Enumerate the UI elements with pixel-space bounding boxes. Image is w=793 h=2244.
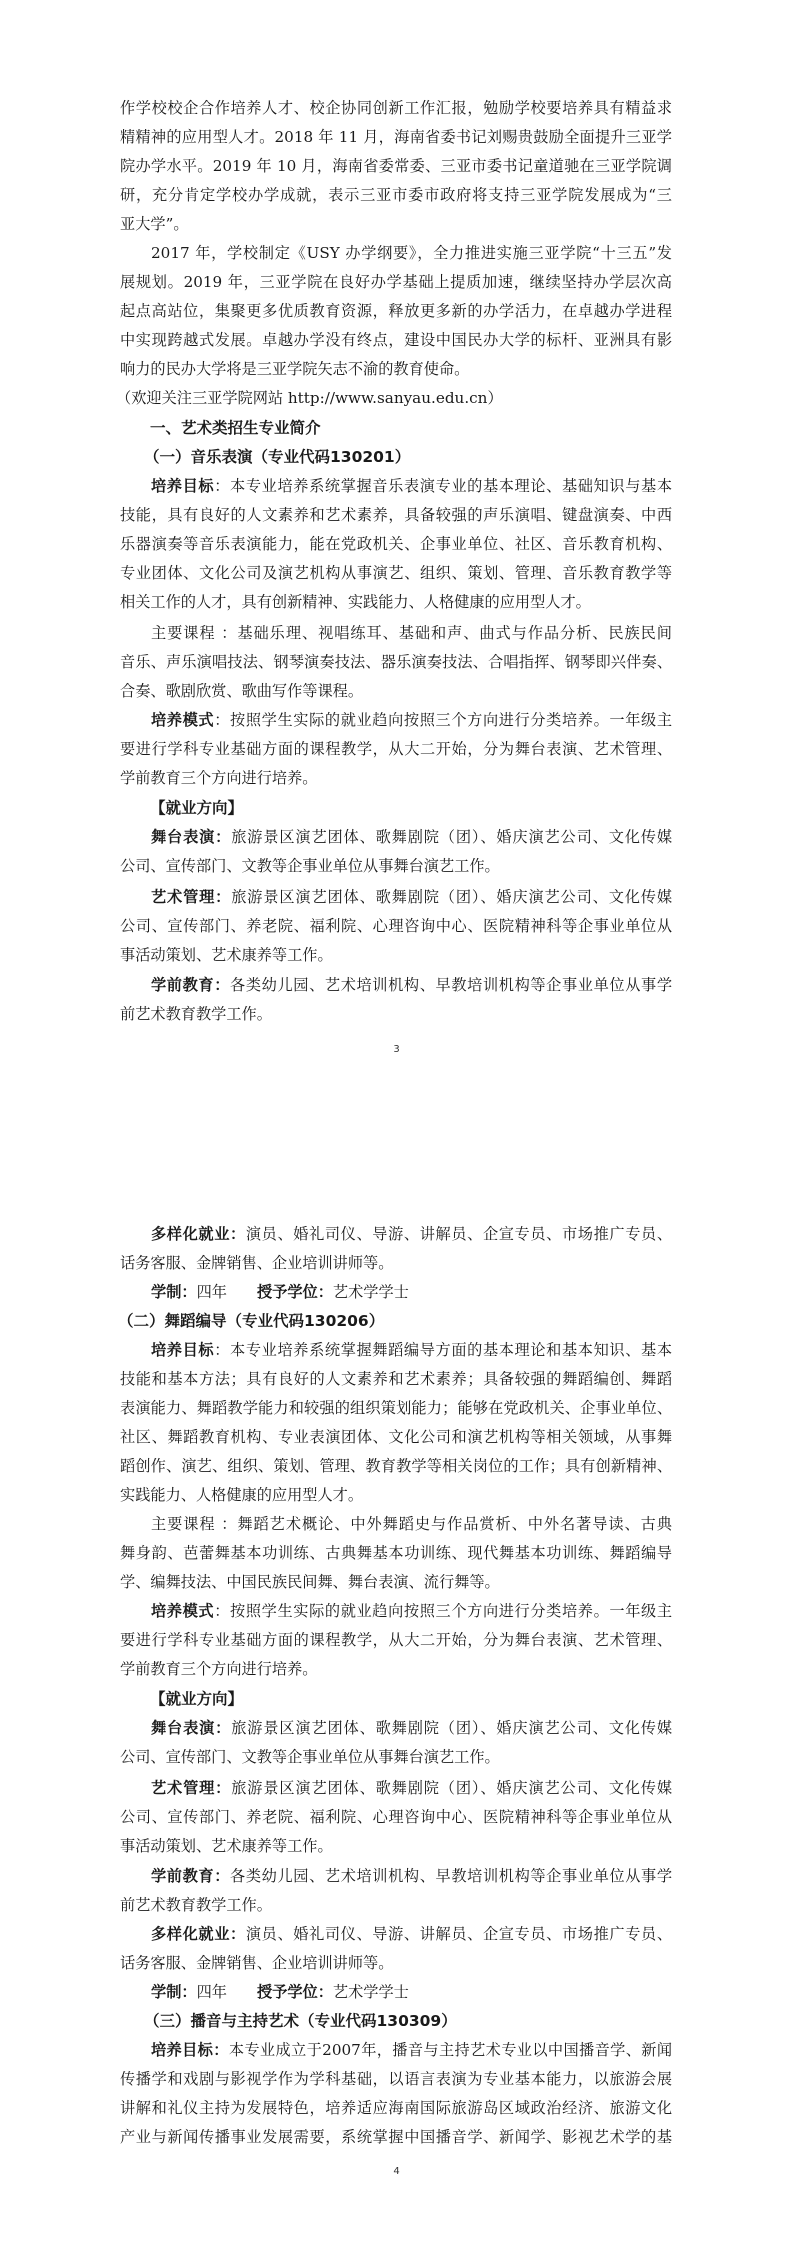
body-text-line: 公司、宣传部门、养老院、福利院、心理咨询中心、医院精神科等企事业单位从 xyxy=(120,916,672,936)
mode-line: 培养模式：按照学生实际的就业趋向按照三个方向进行分类培养。一年级主 xyxy=(151,710,672,730)
section-heading: 一、艺术类招生专业简介 xyxy=(150,418,702,438)
body-text-line: 技能，具有良好的人文素养和艺术素养，具备较强的声乐演唱、键盘演奏、中西 xyxy=(120,505,672,525)
body-text-line: 起点高站位，集聚更多优质教育资源，释放更多新的办学活力，在卓越办学进程 xyxy=(120,301,672,321)
mode-line: 培养模式：按照学生实际的就业趋向按照三个方向进行分类培养。一年级主 xyxy=(151,1601,672,1621)
body-text-line: 前艺术教育教学工作。 xyxy=(120,1895,672,1915)
body-text-line: 中实现跨越式发展。卓越办学没有终点，建设中国民办大学的标杆、亚洲具有影 xyxy=(120,330,672,350)
stage-line: 舞台表演：旅游景区演艺团体、歌舞剧院（团）、婚庆演艺公司、文化传媒 xyxy=(151,827,672,847)
body-text-line: 合奏、歌剧欣赏、歌曲写作等课程。 xyxy=(120,681,672,701)
body-text-line: 社区、舞蹈教育机构、专业表演团体、文化公司和演艺机构等相关领域，从事舞 xyxy=(120,1427,672,1447)
goal-line: 培养目标：本专业培养系统掌握音乐表演专业的基本理论、基础知识与基本 xyxy=(151,476,672,496)
body-text-line: 舞身韵、芭蕾舞基本功训练、古典舞基本功训练、现代舞基本功训练、舞蹈编导 xyxy=(120,1543,672,1563)
body-text-line: 实践能力、人格健康的应用型人才。 xyxy=(120,1485,672,1505)
body-text-line: 事活动策划、艺术康养等工作。 xyxy=(120,945,672,965)
major-heading-music-performance: （一）音乐表演（专业代码130201） xyxy=(144,447,696,467)
major-heading-dance-choreography: （二）舞蹈编导（专业代码130206） xyxy=(118,1311,670,1331)
body-text-line: 研，充分肯定学校办学成就，表示三亚市委市政府将支持三亚学院发展成为“三 xyxy=(120,185,672,205)
body-text-line: 讲解和礼仪主持为发展特色，培养适应海南国际旅游岛区域政治经济、旅游文化 xyxy=(120,2098,672,2118)
preschool-line: 学前教育：各类幼儿园、艺术培训机构、早教培训机构等企事业单位从事学 xyxy=(151,1866,672,1886)
body-text-line: 公司、宣传部门、养老院、福利院、心理咨询中心、医院精神科等企事业单位从 xyxy=(120,1807,672,1827)
mode-label: 培养模式 xyxy=(151,711,214,729)
mgmt-line: 艺术管理：旅游景区演艺团体、歌舞剧院（团）、婚庆演艺公司、文化传媒 xyxy=(151,887,672,907)
body-text-line: 学前教育三个方向进行培养。 xyxy=(120,768,672,788)
body-text-line: 2017 年，学校制定《USY 办学纲要》，全力推进实施三亚学院“十三五”发 xyxy=(151,243,672,263)
career-heading: 【就业方向】 xyxy=(150,798,702,818)
body-text-line: 事活动策划、艺术康养等工作。 xyxy=(120,1836,672,1856)
body-text-line: 话务客服、金牌销售、企业培训讲师等。 xyxy=(120,1253,672,1273)
body-text-line: 表演能力、舞蹈教学能力和较强的组织策划能力；能够在党政机关、企事业单位、 xyxy=(120,1398,672,1418)
body-text-line: 相关工作的人才，具有创新精神、实践能力、人格健康的应用型人才。 xyxy=(120,592,672,612)
courses-line: 主要课程 ：舞蹈艺术概论、中外舞蹈史与作品赏析、中外名著导读、古典 xyxy=(151,1514,672,1534)
goal-line: 培养目标：本专业成立于2007年，播音与主持艺术专业以中国播音学、新闻 xyxy=(151,2040,672,2060)
body-text-line: 展规划。2019 年，三亚学院在良好办学基础上提质加速，继续坚持办学层次高 xyxy=(120,272,672,292)
goal-label: 培养目标 xyxy=(151,477,214,495)
body-text-line: 音乐、声乐演唱技法、钢琴演奏技法、器乐演奏技法、合唱指挥、钢琴即兴伴奏、 xyxy=(120,652,672,672)
body-text-line: 响力的民办大学将是三亚学院矢志不渝的教育使命。 xyxy=(120,359,672,379)
body-text-line: 乐器演奏等音乐表演能力，能在党政机关、企事业单位、社区、音乐教育机构、 xyxy=(120,534,672,554)
goal-line: 培养目标：本专业培养系统掌握舞蹈编导方面的基本理论和基本知识、基本 xyxy=(151,1340,672,1360)
body-text-line: 技能和基本方法；具有良好的人文素养和艺术素养；具备较强的舞蹈编创、舞蹈 xyxy=(120,1369,672,1389)
body-text-line: 蹈创作、演艺、组织、策划、管理、教育教学等相关岗位的工作；具有创新精神、 xyxy=(120,1456,672,1476)
body-text-line: 公司、宣传部门、文教等企事业单位从事舞台演艺工作。 xyxy=(120,1747,672,1767)
body-text-line: 学前教育三个方向进行培养。 xyxy=(120,1659,672,1679)
body-text-line: 作学校校企合作培养人才、校企协同创新工作汇报，勉励学校要培养具有精益求 xyxy=(120,98,672,118)
major-heading-broadcasting-hosting: （三）播音与主持艺术（专业代码130309） xyxy=(144,2011,696,2031)
body-text-line: 专业团体、文化公司及演艺机构从事演艺、组织、策划、管理、音乐教育教学等 xyxy=(120,563,672,583)
body-text-line: 亚大学”。 xyxy=(120,214,672,234)
body-text-line: 传播学和戏剧与影视学作为学科基础，以语言表演为专业基本能力，以旅游会展 xyxy=(120,2069,672,2089)
body-text-line: 公司、宣传部门、文教等企事业单位从事舞台演艺工作。 xyxy=(120,856,672,876)
body-text-line: 精精神的应用型人才。2018 年 11 月，海南省委书记刘赐贵鼓励全面提升三亚学 xyxy=(120,127,672,147)
preschool-line: 学前教育：各类幼儿园、艺术培训机构、早教培训机构等企事业单位从事学 xyxy=(151,975,672,995)
stage-line: 舞台表演：旅游景区演艺团体、歌舞剧院（团）、婚庆演艺公司、文化传媒 xyxy=(151,1718,672,1738)
body-text-line: 要进行学科专业基础方面的课程教学，从大二开始，分为舞台表演、艺术管理、 xyxy=(120,739,672,759)
body-text-line: 话务客服、金牌销售、企业培训讲师等。 xyxy=(120,1953,672,1973)
duration-degree-line: 学制：四年授予学位：艺术学学士 xyxy=(151,1982,672,2002)
career-heading: 【就业方向】 xyxy=(150,1689,702,1709)
page-number: 3 xyxy=(0,1044,793,1055)
diverse-line: 多样化就业：演员、婚礼司仪、导游、讲解员、企宣专员、市场推广专员、 xyxy=(151,1224,672,1244)
body-text-line: 学、编舞技法、中国民族民间舞、舞台表演、流行舞等。 xyxy=(120,1572,672,1592)
body-text-line: 要进行学科专业基础方面的课程教学，从大二开始，分为舞台表演、艺术管理、 xyxy=(120,1630,672,1650)
body-text-line: 产业与新闻传播事业发展需要，系统掌握中国播音学、新闻学、影视艺术学的基 xyxy=(120,2127,672,2147)
page-number: 4 xyxy=(0,2166,793,2177)
diverse-line: 多样化就业：演员、婚礼司仪、导游、讲解员、企宣专员、市场推广专员、 xyxy=(151,1924,672,1944)
body-text-line: 前艺术教育教学工作。 xyxy=(120,1004,672,1024)
mgmt-line: 艺术管理：旅游景区演艺团体、歌舞剧院（团）、婚庆演艺公司、文化传媒 xyxy=(151,1778,672,1798)
courses-line: 主要课程 ：基础乐理、视唱练耳、基础和声、曲式与作品分析、民族民间 xyxy=(151,623,672,643)
website-note: （欢迎关注三亚学院网站 http://www.sanyau.edu.cn） xyxy=(116,388,668,408)
duration-degree-line: 学制：四年授予学位：艺术学学士 xyxy=(151,1282,672,1302)
body-text-line: 院办学水平。2019 年 10 月，海南省委常委、三亚市委书记童道驰在三亚学院调 xyxy=(120,156,672,176)
